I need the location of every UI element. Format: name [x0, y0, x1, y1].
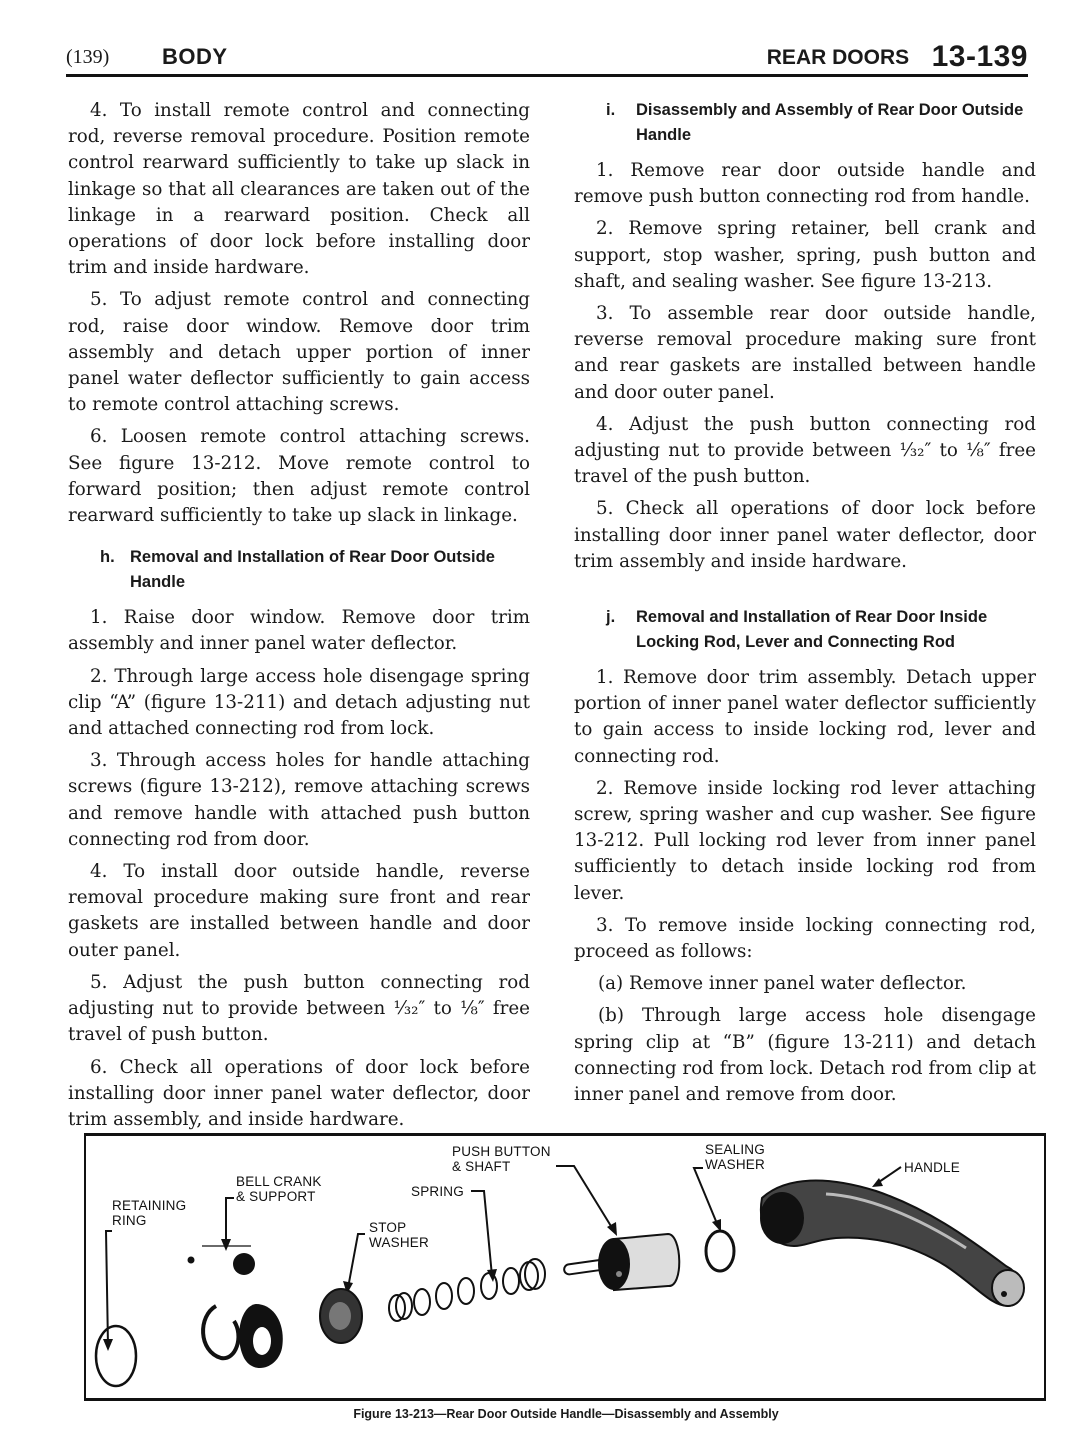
section-letter: h. [100, 545, 130, 570]
paragraph: 1. Remove rear door outside handle and r… [574, 158, 1036, 210]
paragraph: 4. Adjust the push button connecting rod… [574, 412, 1036, 491]
bell-crank-shape [188, 1253, 283, 1368]
label-spring: SPRING [411, 1184, 464, 1199]
section-heading-i: i.Disassembly and Assembly of Rear Door … [574, 98, 1036, 148]
paragraph: 3. To assemble rear door outside handle,… [574, 301, 1036, 406]
figure-13-213: RETAINING RING BELL CRANK & SUPPORT STOP… [84, 1133, 1046, 1401]
label-bell-crank-support: BELL CRANK & SUPPORT [236, 1174, 322, 1204]
paragraph: 4. To install door outside handle, rever… [68, 859, 530, 964]
section-title: Disassembly and Assembly of Rear Door Ou… [636, 101, 1023, 144]
left-column: 4. To install remote control and connect… [68, 98, 530, 1139]
page-header: (139) BODY REAR DOORS 13-139 [66, 40, 1028, 77]
paragraph: 5. To adjust remote control and connecti… [68, 287, 530, 418]
paragraph: 1. Raise door window. Remove door trim a… [68, 605, 530, 657]
label-sealing-washer: SEALING WASHER [705, 1142, 765, 1172]
paragraph: 2. Remove spring retainer, bell crank an… [574, 216, 1036, 295]
figure-caption: Figure 13-213—Rear Door Outside Handle—D… [0, 1407, 1092, 1421]
sub-paragraph: (a) Remove inner panel water deflector. [574, 971, 1036, 997]
section-title: REAR DOORS [767, 46, 909, 69]
section-heading-h: h.Removal and Installation of Rear Door … [68, 545, 530, 595]
section-letter: j. [606, 605, 636, 630]
section-heading-j: j.Removal and Installation of Rear Door … [574, 605, 1036, 655]
right-column: i.Disassembly and Assembly of Rear Door … [574, 98, 1036, 1114]
paragraph: 5. Check all operations of door lock bef… [574, 496, 1036, 575]
label-stop-washer: STOP WASHER [369, 1220, 429, 1250]
paragraph: 2. Through large access hole disengage s… [68, 664, 530, 743]
exploded-handle-illustration [86, 1136, 1044, 1398]
page-number: (139) [66, 46, 109, 69]
label-retaining-ring: RETAINING RING [112, 1198, 186, 1228]
paragraph: 1. Remove door trim assembly. Detach upp… [574, 665, 1036, 770]
chapter-title: BODY [162, 44, 228, 70]
paragraph: 4. To install remote control and connect… [68, 98, 530, 281]
handle-shape [760, 1181, 1024, 1306]
section-title: Removal and Installation of Rear Door In… [636, 608, 987, 651]
paragraph: 5. Adjust the push button connecting rod… [68, 970, 530, 1049]
paragraph: 6. Loosen remote control attaching screw… [68, 424, 530, 529]
paragraph: 3. To remove inside locking connecting r… [574, 913, 1036, 965]
header-right: REAR DOORS 13-139 [767, 40, 1028, 74]
section-letter: i. [606, 98, 636, 123]
section-title: Removal and Installation of Rear Door Ou… [130, 548, 495, 591]
paragraph: 3. Through access holes for handle attac… [68, 748, 530, 853]
push-button-shape [564, 1234, 680, 1290]
label-handle: HANDLE [904, 1160, 960, 1175]
label-push-button-shaft: PUSH BUTTON & SHAFT [452, 1144, 551, 1174]
paragraph: 2. Remove inside locking rod lever attac… [574, 776, 1036, 907]
page-code: 13-139 [932, 40, 1028, 73]
paragraph: 6. Check all operations of door lock bef… [68, 1055, 530, 1134]
sub-paragraph: (b) Through large access hole disengage … [574, 1003, 1036, 1108]
